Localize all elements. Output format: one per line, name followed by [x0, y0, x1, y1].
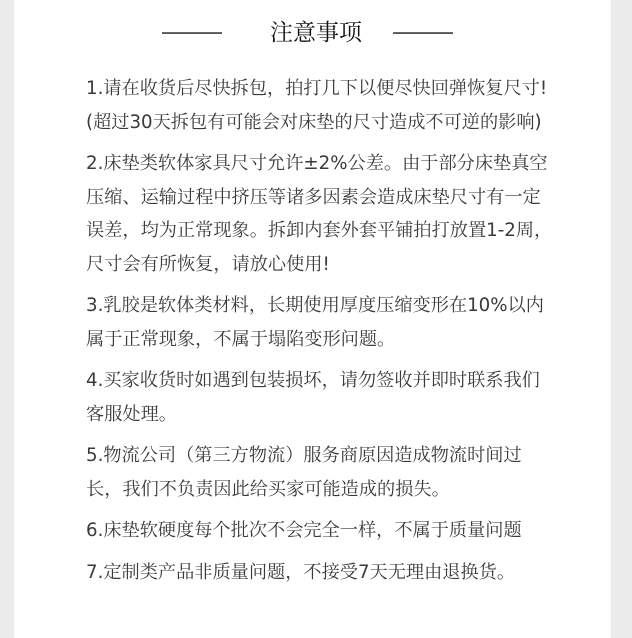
note-item-4: 4.买家收货时如遇到包装损坏，请勿签收并即时联系我们客服处理。 [86, 364, 556, 431]
note-item-3: 3.乳胶是软体类材料，长期使用厚度压缩变形在10%以内属于正常现象，不属于塌陷变… [86, 289, 556, 356]
note-item-1: 1.请在收货后尽快拆包，拍打几下以便尽快回弹恢复尺寸!(超过30天拆包有可能会对… [86, 72, 556, 139]
title-row: 注意事项 [0, 14, 632, 52]
page-title: 注意事项 [262, 14, 370, 52]
note-item-2: 2.床垫类软体家具尺寸允许±2%公差。由于部分床垫真空压缩、运输过程中挤压等诸多… [86, 147, 556, 281]
title-divider-right [393, 32, 453, 34]
notes-list: 1.请在收货后尽快拆包，拍打几下以便尽快回弹恢复尺寸!(超过30天拆包有可能会对… [86, 72, 556, 597]
title-divider-left [162, 32, 222, 34]
right-border [610, 0, 632, 638]
note-item-7: 7.定制类产品非质量问题，不接受7天无理由退换货。 [86, 556, 556, 590]
left-border [0, 0, 14, 638]
note-item-5: 5.物流公司（第三方物流）服务商原因造成物流时间过长，我们不负责因此给买家可能造… [86, 439, 556, 506]
notice-page: 注意事项 1.请在收货后尽快拆包，拍打几下以便尽快回弹恢复尺寸!(超过30天拆包… [0, 0, 632, 638]
note-item-6: 6.床垫软硬度每个批次不会完全一样，不属于质量问题 [86, 514, 556, 548]
